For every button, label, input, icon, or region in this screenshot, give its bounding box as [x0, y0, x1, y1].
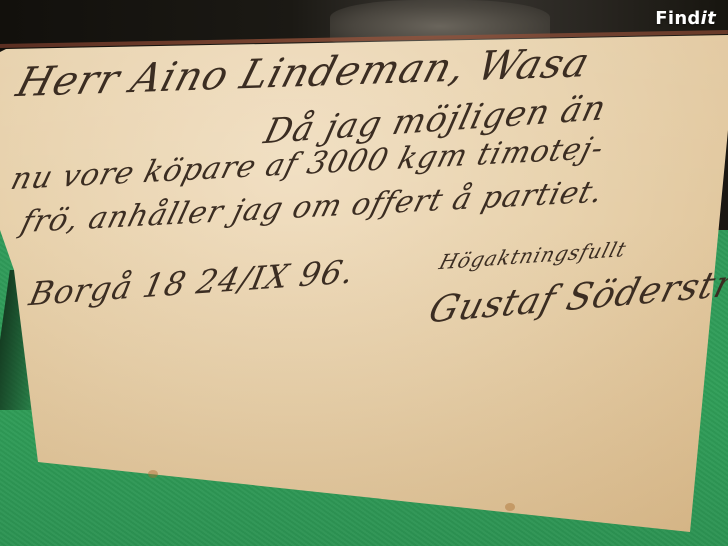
watermark-suffix: it — [701, 8, 716, 29]
watermark-prefix: Find — [655, 8, 700, 29]
date-line: Borgå 18 24/IX 96. — [26, 252, 358, 313]
findit-watermark-logo: Findit — [655, 8, 716, 29]
closing-salutation: Högaktningsfullt — [436, 237, 629, 275]
photo-scene: Herr Aino Lindeman, Wasa Då jag möjligen… — [0, 0, 728, 546]
handwritten-text: Herr Aino Lindeman, Wasa Då jag möjligen… — [0, 0, 728, 546]
